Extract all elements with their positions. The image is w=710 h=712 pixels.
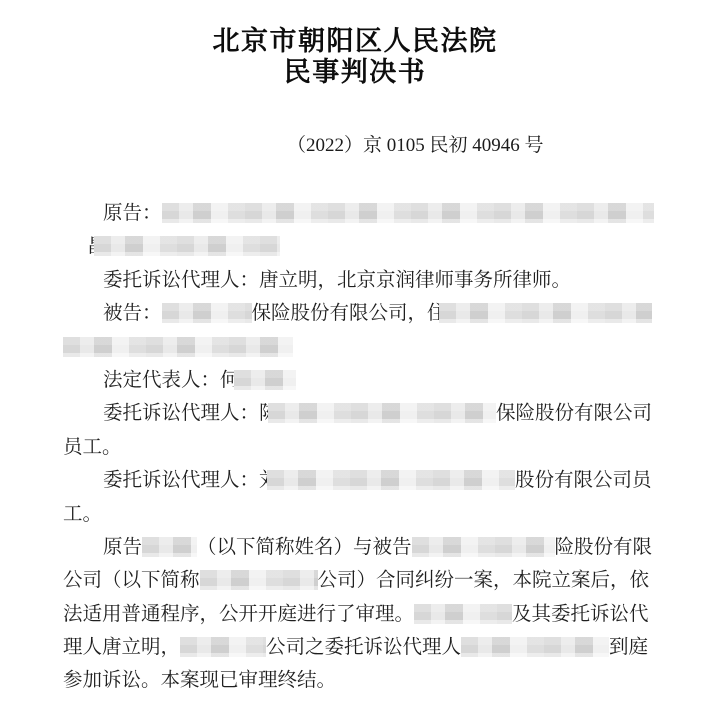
text-run: 法适用普通程序，公开开庭进行了审理。 bbox=[63, 604, 414, 625]
text-run: 委托诉讼代理人： bbox=[103, 470, 259, 491]
redacted-block bbox=[439, 303, 652, 323]
text-run: 员工。 bbox=[63, 437, 122, 458]
redacted-block bbox=[267, 470, 515, 490]
text-run: 及其委托诉讼代 bbox=[512, 604, 649, 625]
text-run: 公司之委托诉讼代理人 bbox=[266, 637, 461, 658]
document-type-title: 民事判决书 bbox=[0, 57, 710, 88]
text-run: （以下简称姓名）与被告 bbox=[197, 537, 412, 558]
text-run: 委托诉讼代理人：唐立明，北京京润律师事务所律师。 bbox=[103, 270, 571, 291]
text-run: 到庭 bbox=[609, 637, 648, 658]
line-case-summary-3: 法适用普通程序，公开开庭进行了审理。及其委托诉讼代 bbox=[63, 598, 658, 631]
text-run: 原告： bbox=[103, 203, 162, 224]
text-run: 股份有限公司员 bbox=[515, 470, 652, 491]
line-defendant-agent-1: 委托诉讼代理人：陈保险股份有限公司 bbox=[63, 397, 658, 430]
redacted-block bbox=[268, 403, 496, 423]
redacted-block bbox=[200, 570, 318, 590]
redacted-block bbox=[414, 604, 512, 624]
redacted-block bbox=[94, 236, 280, 256]
redacted-block bbox=[162, 303, 252, 323]
document-body: 原告： 昌 委托诉讼代理人：唐立明，北京京润律师事务所律师。 被告：保险股份有限… bbox=[0, 197, 710, 698]
text-run: 公司（以下简称 bbox=[63, 570, 200, 591]
line-legal-representative: 法定代表人：何 bbox=[63, 364, 658, 397]
text-run: 原告 bbox=[103, 537, 142, 558]
text-run: 法定代表人： bbox=[103, 370, 220, 391]
judgment-document-page: 北京市朝阳区人民法院 民事判决书 （2022）京 0105 民初 40946 号… bbox=[0, 0, 710, 712]
line-case-summary-5: 参加诉讼。本案现已审理终结。 bbox=[63, 664, 658, 697]
partial-char: 昌 bbox=[87, 230, 94, 263]
line-case-summary-4: 理人唐立明，公司之委托诉讼代理人到庭 bbox=[63, 631, 658, 664]
line-defendant-agent-2: 委托诉讼代理人：刘股份有限公司员 bbox=[63, 464, 658, 497]
line-defendant-continued bbox=[63, 331, 658, 364]
partial-char: 陈 bbox=[259, 397, 268, 430]
text-run: 参加诉讼。本案现已审理终结。 bbox=[63, 670, 336, 691]
text-run: 被告： bbox=[103, 303, 162, 324]
text-run: 委托诉讼代理人： bbox=[103, 403, 259, 424]
line-case-summary-2: 公司（以下简称公司）合同纠纷一案，本院立案后，依 bbox=[63, 564, 658, 597]
partial-char: 住 bbox=[427, 297, 439, 330]
line-case-summary-1: 原告（以下简称姓名）与被告险股份有限 bbox=[63, 531, 658, 564]
line-plaintiff-agent: 委托诉讼代理人：唐立明，北京京润律师事务所律师。 bbox=[63, 264, 658, 297]
redacted-block bbox=[234, 370, 296, 390]
text-run: 公司）合同纠纷一案，本院立案后，依 bbox=[318, 570, 650, 591]
line-plaintiff: 原告： bbox=[63, 197, 658, 230]
text-run: 保险股份有限公司， bbox=[252, 303, 428, 324]
redacted-block bbox=[63, 337, 293, 357]
partial-char: 刘 bbox=[259, 464, 267, 497]
redacted-block bbox=[461, 637, 609, 657]
case-number: （2022）京 0105 民初 40946 号 bbox=[287, 134, 710, 158]
redacted-block bbox=[162, 203, 654, 223]
line-plaintiff-continued: 昌 bbox=[63, 230, 658, 263]
text-run: 理人唐立明， bbox=[63, 637, 180, 658]
text-run: 工。 bbox=[63, 504, 102, 525]
document-header: 北京市朝阳区人民法院 民事判决书 bbox=[0, 26, 710, 88]
redacted-block bbox=[180, 637, 266, 657]
partial-char: 何 bbox=[220, 364, 234, 397]
court-name: 北京市朝阳区人民法院 bbox=[0, 26, 710, 57]
line-defendant-agent-1-continued: 员工。 bbox=[63, 431, 658, 464]
text-run: 保险股份有限公司 bbox=[496, 403, 652, 424]
redacted-block bbox=[412, 537, 555, 557]
redacted-block bbox=[142, 537, 197, 557]
line-defendant: 被告：保险股份有限公司，住 bbox=[63, 297, 658, 330]
text-run: 险股份有限 bbox=[555, 537, 653, 558]
line-defendant-agent-2-continued: 工。 bbox=[63, 498, 658, 531]
